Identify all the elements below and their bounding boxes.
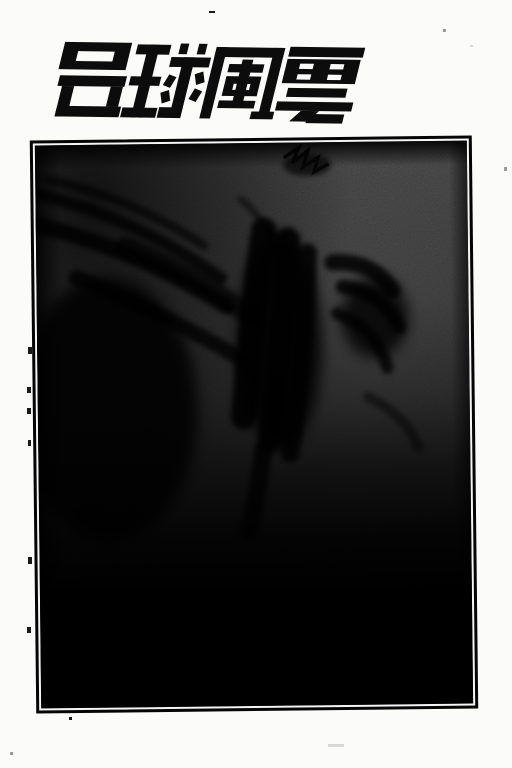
- logo-glyph-yun: [272, 47, 367, 124]
- series-title-logo-art: [38, 40, 361, 138]
- speck: [443, 29, 446, 32]
- manga-title-page: 足球風雲: [0, 0, 512, 768]
- edge-tick: [28, 440, 31, 446]
- charcoal-illustration: [35, 141, 473, 709]
- artwork-image: [35, 141, 473, 709]
- speck: [470, 45, 473, 47]
- edge-tick: [27, 408, 31, 414]
- edge-tick: [27, 387, 31, 393]
- edge-tick: [27, 627, 31, 633]
- speck: [328, 744, 344, 747]
- speck: [209, 11, 215, 13]
- speck: [69, 717, 72, 720]
- edge-tick: [28, 347, 32, 354]
- edge-tick: [28, 557, 32, 564]
- speck: [504, 167, 507, 171]
- logo-glyph-qiu: [120, 43, 214, 118]
- logo-glyph-zu: [47, 42, 137, 117]
- speck: [10, 752, 13, 755]
- artwork-panel: [30, 136, 478, 714]
- series-title-logo: 足球風雲: [39, 42, 361, 136]
